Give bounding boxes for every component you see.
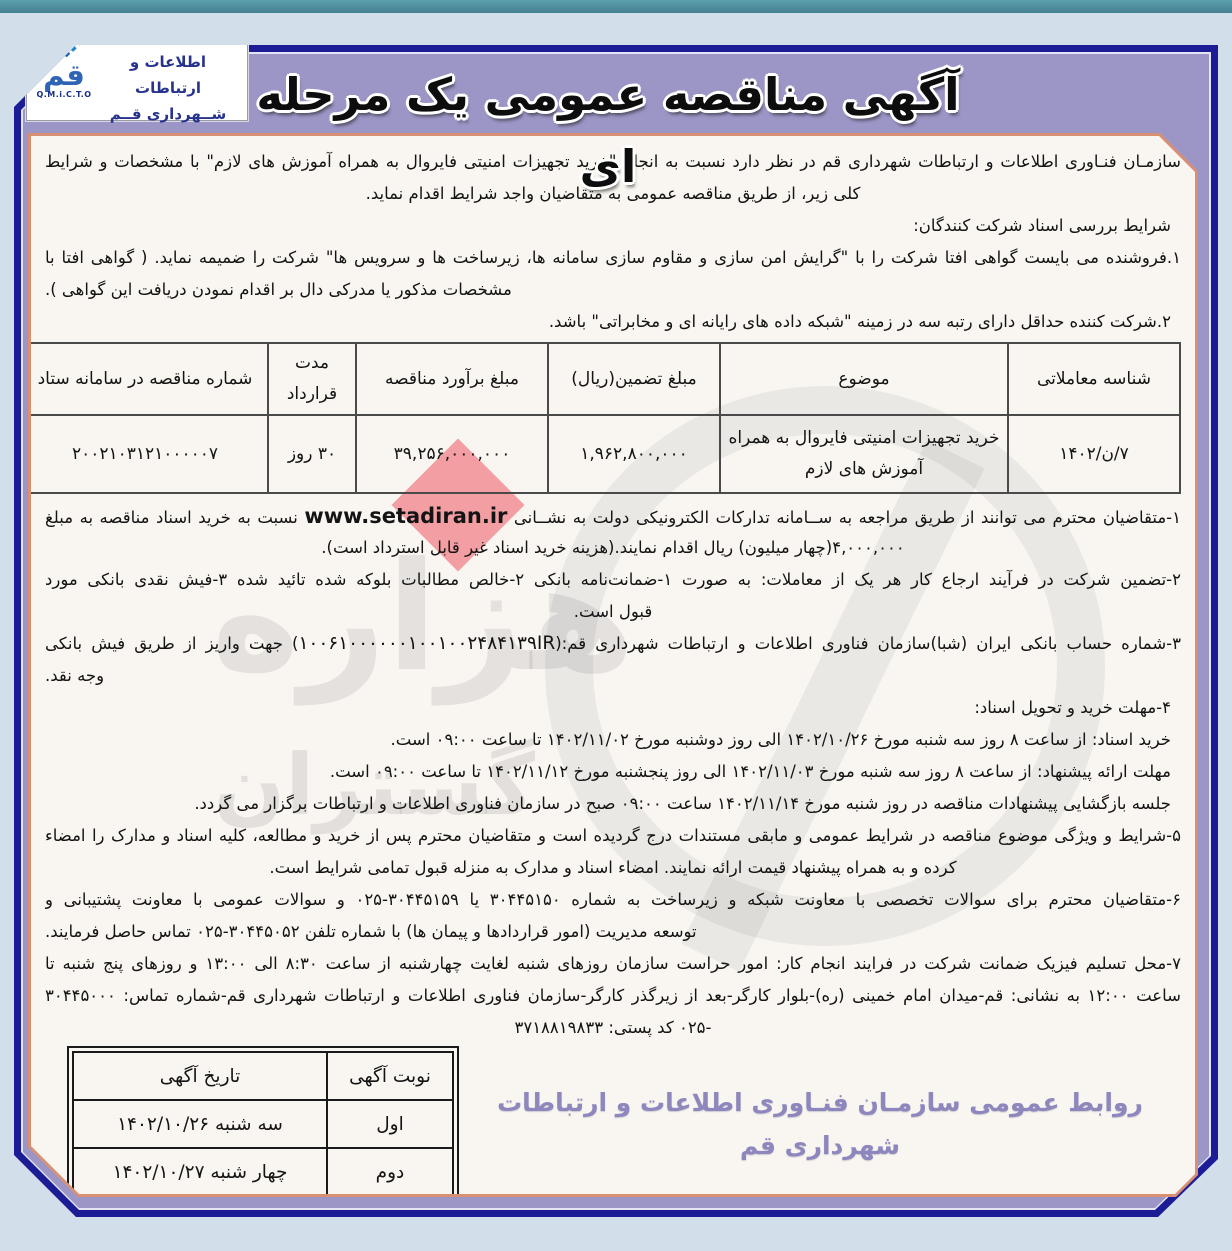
content-area: هزاره گستران سازمـان فنـاوری اطلاعات و ا… bbox=[31, 136, 1195, 1194]
table-cell: ۱,۹۶۲,۸۰۰,۰۰۰ bbox=[548, 415, 720, 493]
schedule-row: دومچهار شنبه ۱۴۰۲/۱۰/۲۷ bbox=[73, 1148, 453, 1194]
org-logo: قم Q.M.i.C.T.O ســازمــان فنـاوری اطلاعا… bbox=[26, 29, 248, 121]
org-name-line2: اطلاعات و ارتباطات bbox=[96, 49, 240, 102]
text-line: ساعت ۱۲:۰۰ به نشانی: قم-میدان امام خمینی… bbox=[45, 980, 1181, 1012]
text-segment: ۱-متقاضیان محترم می توانند از طریق مراجع… bbox=[507, 508, 1181, 527]
table-cell: ۷/ن/۱۴۰۲ bbox=[1008, 415, 1180, 493]
logo-icon-column: قم Q.M.i.C.T.O bbox=[32, 33, 96, 117]
text-line: وجه نقد. bbox=[45, 660, 1181, 692]
public-relations-signature: روابط عمومی سازمـان فنـاوری اطلاعات و ار… bbox=[459, 1046, 1181, 1167]
text-segment: مشخصات مذکور یا مدرکی دال بر اقدام نمودن… bbox=[45, 280, 512, 299]
text-segment: مهلت ارائه پیشنهاد: از ساعت ۸ روز سه شنب… bbox=[330, 762, 1171, 781]
text-segment: توسعه مدیریت (امور قراردادها و پیمان ها)… bbox=[45, 922, 697, 941]
table-header-cell: شناسه معاملاتی bbox=[1008, 343, 1180, 415]
text-line: ۴-مهلت خرید و تحویل اسناد: bbox=[45, 692, 1181, 724]
text-segment: نسبت به خرید اسناد مناقصه به مبلغ bbox=[45, 508, 304, 527]
table-header-cell: مدت قرارداد bbox=[268, 343, 356, 415]
footer-row: روابط عمومی سازمـان فنـاوری اطلاعات و ار… bbox=[45, 1046, 1181, 1194]
schedule-header-cell: نوبت آگهی bbox=[327, 1052, 453, 1100]
org-name-line1: ســازمــان فنـاوری bbox=[96, 23, 240, 49]
inline-lat: www.setadiran.ir bbox=[304, 504, 507, 528]
org-name-line3: شــهرداری قــم bbox=[96, 101, 240, 127]
table-header-cell: مبلغ برآورد مناقصه bbox=[356, 343, 548, 415]
text-segment: ۲.شرکت کننده حداقل دارای رتبه سه در زمین… bbox=[549, 312, 1171, 331]
content-border: هزاره گستران سازمـان فنـاوری اطلاعات و ا… bbox=[28, 133, 1198, 1197]
ad-title: آگهی مناقصه عمومی یک مرحله ای bbox=[248, 59, 968, 131]
tender-table-data-row: ۷/ن/۱۴۰۲خرید تجهیزات امنیتی فایروال به ه… bbox=[31, 415, 1180, 493]
schedule-cell: چهار شنبه ۱۴۰۲/۱۰/۲۷ bbox=[73, 1148, 327, 1194]
text-segment: شرایط بررسی اسناد شرکت کنندگان: bbox=[913, 216, 1171, 235]
text-line: -۰۲۵ کد پستی: ۳۷۱۸۸۱۹۸۳۳ bbox=[45, 1012, 1181, 1044]
inline-iban: ۱۰۰۶۱۰۰۰۰۰۰۱۰۰۱۰۰۲۴۸۴۱۳۹IR bbox=[298, 633, 555, 654]
text-segment: ) جهت واریز از طریق فیش بانکی bbox=[45, 634, 298, 653]
text-line: ۵-شرایط و ویژگی موضوع مناقصه در شرایط عم… bbox=[45, 820, 1181, 852]
text-line: ۲.شرکت کننده حداقل دارای رتبه سه در زمین… bbox=[45, 306, 1181, 338]
text-line: مهلت ارائه پیشنهاد: از ساعت ۸ روز سه شنب… bbox=[45, 756, 1181, 788]
schedule-header-row: نوبت آگهیتاریخ آگهی bbox=[73, 1052, 453, 1100]
text-segment: ۴-مهلت خرید و تحویل اسناد: bbox=[974, 698, 1171, 717]
text-segment: ۱.فروشنده می بایست گواهی افتا شرکت را با… bbox=[45, 248, 1181, 267]
text-segment: ۵-شرایط و ویژگی موضوع مناقصه در شرایط عم… bbox=[45, 826, 1181, 845]
pr-line2: شهرداری قم bbox=[459, 1125, 1181, 1168]
text-line: ۷-محل تسلیم فیزیک ضمانت شرکت در فرایند ا… bbox=[45, 948, 1181, 980]
tender-table: شناسه معاملاتیموضوعمبلغ تضمین(ریال)مبلغ … bbox=[31, 342, 1181, 494]
wifi-icon bbox=[35, 34, 93, 60]
text-line: ۱.فروشنده می بایست گواهی افتا شرکت را با… bbox=[45, 242, 1181, 274]
schedule-cell: دوم bbox=[327, 1148, 453, 1194]
text-line: ۶-متقاضیان محترم برای سوالات تخصصی با مع… bbox=[45, 884, 1181, 916]
text-line: ۴,۰۰۰,۰۰۰(چهار میلیون) ریال اقدام نمایند… bbox=[45, 532, 1181, 564]
text-segment: ۲-تضمین شرکت در فرآیند ارجاع کار هر یک ا… bbox=[45, 570, 1181, 589]
text-line: قبول است. bbox=[45, 596, 1181, 628]
table-cell: ۳۰ روز bbox=[268, 415, 356, 493]
tender-table-header-row: شناسه معاملاتیموضوعمبلغ تضمین(ریال)مبلغ … bbox=[31, 343, 1180, 415]
text-segment: -۰۲۵ کد پستی: ۳۷۱۸۸۱۹۸۳۳ bbox=[514, 1018, 711, 1037]
terms-paragraphs: ۱-متقاضیان محترم می توانند از طریق مراجع… bbox=[45, 500, 1181, 1044]
text-line: ۱-متقاضیان محترم می توانند از طریق مراجع… bbox=[45, 500, 1181, 532]
qom-logo-mark: قم bbox=[43, 60, 85, 90]
table-cell: ۲۰۰۲۱۰۳۱۲۱۰۰۰۰۰۷ bbox=[31, 415, 268, 493]
text-segment: ۳-شماره حساب بانکی ایران (شبا)سازمان فنا… bbox=[555, 634, 1181, 653]
table-header-cell: مبلغ تضمین(ریال) bbox=[548, 343, 720, 415]
schedule-header-cell: تاریخ آگهی bbox=[73, 1052, 327, 1100]
text-segment: ۶-متقاضیان محترم برای سوالات تخصصی با مع… bbox=[45, 890, 1181, 909]
text-segment: وجه نقد. bbox=[45, 666, 104, 685]
schedule-cell: سه شنبه ۱۴۰۲/۱۰/۲۶ bbox=[73, 1100, 327, 1148]
org-name: ســازمــان فنـاوری اطلاعات و ارتباطات شـ… bbox=[96, 33, 242, 117]
table-header-cell: شماره مناقصه در سامانه ستاد bbox=[31, 343, 268, 415]
table-cell: خرید تجهیزات امنیتی فایروال به همراه آمو… bbox=[720, 415, 1008, 493]
tender-ad-frame: آگهی مناقصه عمومی یک مرحله ای نوبت اول ق… bbox=[14, 45, 1218, 1217]
table-cell: ۳۹,۲۵۶,۰۰۰,۰۰۰ bbox=[356, 415, 548, 493]
text-line: جلسه بازگشایی پیشنهادات مناقصه در روز شن… bbox=[45, 788, 1181, 820]
text-line: ۳-شماره حساب بانکی ایران (شبا)سازمان فنا… bbox=[45, 628, 1181, 660]
text-segment: ۴,۰۰۰,۰۰۰(چهار میلیون) ریال اقدام نمایند… bbox=[321, 538, 904, 557]
pr-line1: روابط عمومی سازمـان فنـاوری اطلاعات و ار… bbox=[459, 1082, 1181, 1125]
text-line: مشخصات مذکور یا مدرکی دال بر اقدام نمودن… bbox=[45, 274, 1181, 306]
text-line: ۲-تضمین شرکت در فرآیند ارجاع کار هر یک ا… bbox=[45, 564, 1181, 596]
text-line: خرید اسناد: از ساعت ۸ روز سه شنبه مورخ ۱… bbox=[45, 724, 1181, 756]
schedule-row: اولسه شنبه ۱۴۰۲/۱۰/۲۶ bbox=[73, 1100, 453, 1148]
text-segment: جلسه بازگشایی پیشنهادات مناقصه در روز شن… bbox=[194, 794, 1171, 813]
text-segment: خرید اسناد: از ساعت ۸ روز سه شنبه مورخ ۱… bbox=[391, 730, 1171, 749]
text-segment: ۷-محل تسلیم فیزیک ضمانت شرکت در فرایند ا… bbox=[45, 954, 1181, 973]
text-line: کرده و به همراه پیشنهاد قیمت ارائه نماین… bbox=[45, 852, 1181, 884]
top-teal-bar bbox=[0, 0, 1232, 13]
text-segment: قبول است. bbox=[574, 602, 652, 621]
schedule-cell: اول bbox=[327, 1100, 453, 1148]
publication-schedule-table: نوبت آگهیتاریخ آگهی اولسه شنبه ۱۴۰۲/۱۰/۲… bbox=[67, 1046, 459, 1194]
table-header-cell: موضوع bbox=[720, 343, 1008, 415]
text-line: شرایط بررسی اسناد شرکت کنندگان: bbox=[45, 210, 1181, 242]
text-segment: ساعت ۱۲:۰۰ به نشانی: قم-میدان امام خمینی… bbox=[45, 986, 1181, 1005]
text-segment: کرده و به همراه پیشنهاد قیمت ارائه نماین… bbox=[269, 858, 956, 877]
text-line: توسعه مدیریت (امور قراردادها و پیمان ها)… bbox=[45, 916, 1181, 948]
logo-acronym: Q.M.i.C.T.O bbox=[36, 90, 91, 99]
